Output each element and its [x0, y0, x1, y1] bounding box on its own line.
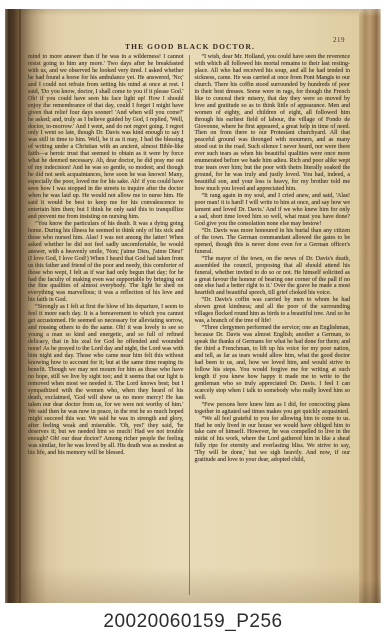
text-columns: mind to more answer than if he was in a … [28, 54, 350, 595]
column-divider [189, 55, 190, 595]
paragraph: “It rang again in my soul, and I cried a… [195, 193, 351, 228]
text-column-right: “I wish, dear Mr. Holland, you could hav… [195, 54, 351, 595]
paragraph: “Three clergymen performed the service; … [195, 325, 351, 401]
page-header: THE GOOD BLACK DOCTOR. 219 [21, 36, 359, 48]
running-title: THE GOOD BLACK DOCTOR. [125, 42, 255, 51]
paragraph: “The mayor of the town, on the news of D… [195, 256, 351, 298]
paragraph: “You know the particulars of his death. … [28, 221, 184, 304]
footer-bar: 20020060159_P256 [0, 603, 386, 640]
paragraph: “I wish, dear Mr. Holland, you could hav… [195, 54, 351, 193]
paragraph: mind to more answer than if he was in a … [28, 54, 184, 221]
paragraph: “Dr. Davis was more honoured in his buri… [195, 228, 351, 256]
page-fore-edge [359, 9, 381, 603]
scan-id-label: 20020060159_P256 [103, 611, 282, 633]
page-number: 219 [333, 36, 345, 44]
text-column-left: mind to more answer than if he was in a … [28, 54, 184, 595]
paragraph: “Dr. Davis's coffin was carried by men t… [195, 297, 351, 325]
scanned-page-photo: THE GOOD BLACK DOCTOR. 219 mind to more … [0, 0, 386, 640]
book-page: THE GOOD BLACK DOCTOR. 219 mind to more … [21, 9, 359, 603]
book-binding-edge [5, 9, 21, 603]
paragraph: “Few persons here knew him as I did, for… [195, 402, 351, 416]
book-photo: THE GOOD BLACK DOCTOR. 219 mind to more … [5, 9, 381, 603]
paragraph: “Strongly as I felt at first the blow of… [28, 304, 184, 457]
paragraph: “We all feel grateful to you for allowin… [195, 416, 351, 465]
